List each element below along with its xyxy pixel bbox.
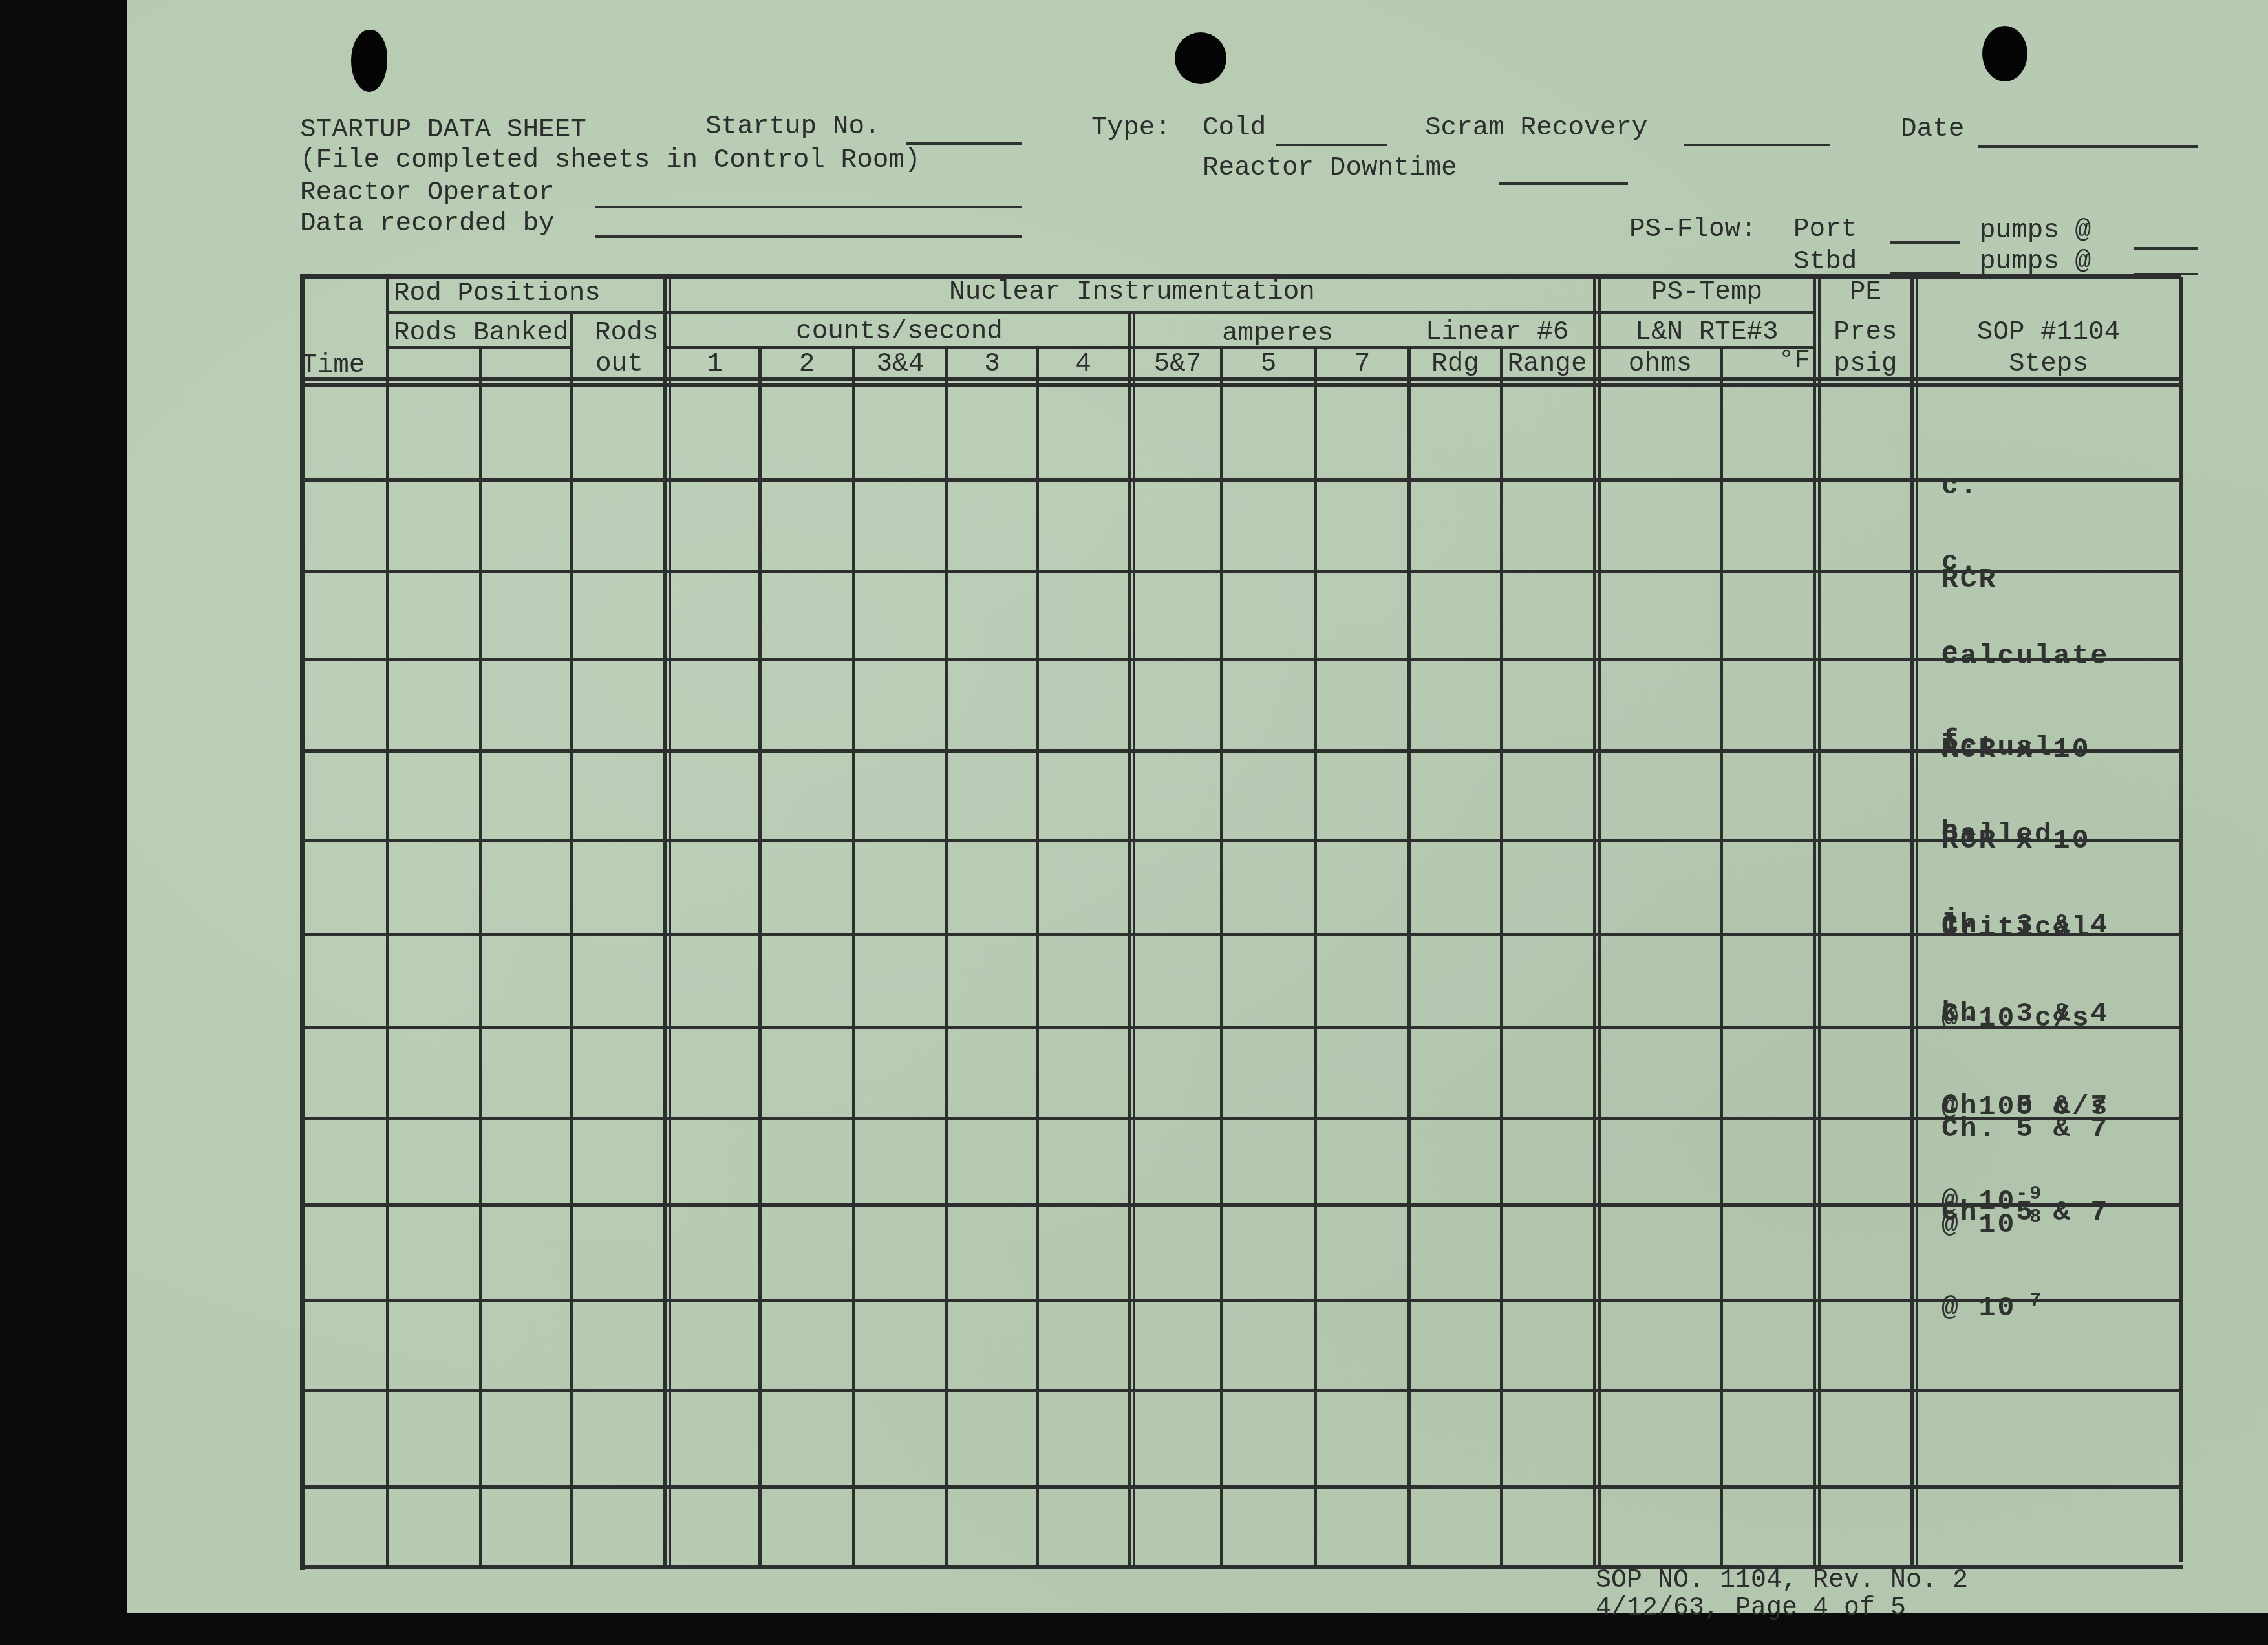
col-line-ohms xyxy=(1720,347,1723,1567)
col-line-pe-a xyxy=(1910,277,1914,1567)
col-line-rodpos-b xyxy=(669,277,671,1567)
footer-sop-rev: SOP NO. 1104, Rev. No. 2 xyxy=(1596,1568,1968,1594)
header-counts-second: counts/second xyxy=(671,319,1128,345)
col-header-1: 1 xyxy=(671,351,758,378)
step-ch57-1e-7: Ch. 5 & 7 @ 10-7 xyxy=(1942,1135,2109,1386)
row-line xyxy=(303,478,2181,482)
header-rod-positions: Rod Positions xyxy=(394,281,601,307)
row-line xyxy=(303,658,2181,661)
col-line-time xyxy=(386,277,389,1567)
port-label: Port xyxy=(1793,217,1857,243)
col-line-rdg xyxy=(1407,347,1411,1567)
header-rods-banked: Rods Banked xyxy=(394,320,569,347)
header-pe: PE xyxy=(1821,279,1910,306)
header-time: Time xyxy=(301,352,365,379)
col-line-c3 xyxy=(852,347,855,1567)
col-line-range xyxy=(1500,347,1503,1567)
row-line xyxy=(303,933,2181,936)
col-line-counts-a xyxy=(1128,312,1131,1567)
header-pe-psig: psig xyxy=(1821,351,1910,378)
punch-hole-right xyxy=(1982,26,2027,81)
row-line xyxy=(303,1485,2181,1489)
reactor-operator-field[interactable] xyxy=(595,206,1022,208)
form-title: STARTUP DATA SHEET xyxy=(300,117,586,144)
footer-date-page: 4/12/63, Page 4 of 5 xyxy=(1596,1596,1906,1622)
col-header-2: 2 xyxy=(762,351,852,378)
scram-recovery-field[interactable] xyxy=(1684,144,1830,146)
date-field[interactable] xyxy=(1978,145,2198,148)
port-pumps-field[interactable] xyxy=(1890,241,1960,244)
port-pumps-at-label: pumps @ xyxy=(1980,218,2091,244)
header-nuclear-instrumentation: Nuclear Instrumentation xyxy=(671,279,1593,306)
date-label: Date xyxy=(1901,116,1964,143)
col-header-4: 4 xyxy=(1039,351,1128,378)
header-rods-out-1: Rods xyxy=(595,320,658,347)
col-header-3: 3 xyxy=(948,351,1036,378)
header-rods-out-2: out xyxy=(595,351,643,378)
cold-label: Cold xyxy=(1203,115,1266,142)
col-line-pe-b xyxy=(1916,277,1918,1567)
col-line-c4 xyxy=(1036,347,1039,1567)
reactor-downtime-field[interactable] xyxy=(1499,182,1628,185)
col-line-rods-b xyxy=(570,312,573,1567)
port-rate-field[interactable] xyxy=(2134,247,2198,250)
col-header-7: 7 xyxy=(1317,351,1407,378)
file-note: (File completed sheets in Control Room) xyxy=(300,147,921,174)
col-line-a5 xyxy=(1220,347,1223,1567)
reactor-downtime-label: Reactor Downtime xyxy=(1203,155,1457,182)
header-ln-rte3: L&N RTE#3 xyxy=(1601,319,1813,346)
row-line xyxy=(303,570,2181,573)
col-header-5: 5 xyxy=(1223,351,1314,378)
col-line-counts-b xyxy=(1133,312,1135,1567)
header-line-1-left xyxy=(387,311,1596,314)
header-ps-temp: PS-Temp xyxy=(1601,279,1813,306)
row-line xyxy=(303,1026,2181,1029)
cold-field[interactable] xyxy=(1276,144,1387,146)
punch-hole-center xyxy=(1175,32,1226,84)
row-line xyxy=(303,1203,2181,1207)
type-label: Type: xyxy=(1091,115,1171,142)
col-line-ni-a xyxy=(1593,277,1596,1567)
col-line-a7 xyxy=(1314,347,1317,1567)
data-recorded-by-label: Data recorded by xyxy=(300,211,555,237)
col-header-rdg: Rdg xyxy=(1411,351,1500,378)
col-header-range: Range xyxy=(1501,351,1593,378)
col-line-ni-b xyxy=(1598,277,1601,1567)
header-pe-pres: Pres xyxy=(1821,319,1910,346)
ps-flow-label: PS-Flow: xyxy=(1629,217,1757,243)
col-line-rodpos-a xyxy=(663,277,667,1567)
col-line-pstemp-b xyxy=(1818,277,1821,1567)
stbd-pumps-at-label: pumps @ xyxy=(1980,249,2091,275)
scram-recovery-label: Scram Recovery xyxy=(1425,115,1647,142)
startup-no-label: Startup No. xyxy=(705,114,881,140)
col-header-3-4: 3&4 xyxy=(855,351,945,378)
header-amperes: amperes xyxy=(1222,321,1333,347)
col-header-deg-f: °F xyxy=(1746,348,1810,374)
col-header-ohms: ohms xyxy=(1601,351,1720,378)
reactor-operator-label: Reactor Operator xyxy=(300,180,555,206)
header-line-1-pstemp xyxy=(1595,311,1815,314)
row-line xyxy=(303,1117,2181,1120)
col-line-c34 xyxy=(945,347,948,1567)
table-right-border xyxy=(2179,277,2183,1562)
header-bottom-line-b xyxy=(303,383,2181,387)
data-recorded-by-field[interactable] xyxy=(595,235,1022,238)
row-line xyxy=(303,1299,2181,1302)
header-sop: SOP #1104 xyxy=(1918,319,2179,346)
header-linear-6: Linear #6 xyxy=(1426,319,1568,346)
col-line-pstemp-a xyxy=(1813,277,1816,1567)
startup-no-field[interactable] xyxy=(906,142,1022,145)
row-line xyxy=(303,839,2181,842)
row-line xyxy=(303,749,2181,753)
table-left-border xyxy=(300,274,305,1570)
punch-hole-left xyxy=(351,30,387,92)
col-line-c2 xyxy=(758,347,762,1567)
header-steps: Steps xyxy=(1918,351,2179,378)
col-line-rods-a xyxy=(479,347,482,1567)
stbd-label: Stbd xyxy=(1793,249,1857,275)
col-header-5-7: 5&7 xyxy=(1135,351,1220,378)
row-line xyxy=(303,1389,2181,1392)
